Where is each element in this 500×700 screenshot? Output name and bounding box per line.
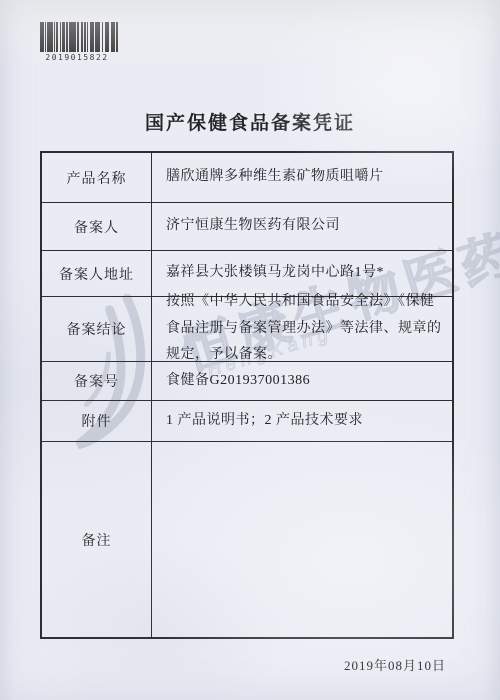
issue-date: 2019年08月10日 [344, 655, 446, 674]
row-label: 备案人 [42, 203, 152, 250]
table-row-filing-conclusion: 备案结论 按照《中华人民共和国食品安全法》《保健食品注册与备案管理办法》等法律、… [42, 296, 452, 361]
row-value: 食健备G201937001386 [152, 362, 452, 400]
certificate-title: 国产保健食品备案凭证 [0, 108, 500, 135]
barcode: 2019015822 [40, 22, 114, 62]
barcode-number: 2019015822 [40, 53, 114, 62]
row-value [152, 442, 452, 637]
table-row-registrant: 备案人 济宁恒康生物医药有限公司 [42, 202, 452, 250]
table-row-attachments: 附件 1 产品说明书；2 产品技术要求 [42, 400, 452, 441]
certificate-table: 产品名称 膳欣通牌多种维生素矿物质咀嚼片 备案人 济宁恒康生物医药有限公司 备案… [40, 151, 454, 639]
row-value: 济宁恒康生物医药有限公司 [152, 203, 452, 250]
row-label: 备案结论 [42, 297, 152, 361]
row-value: 膳欣通牌多种维生素矿物质咀嚼片 [152, 153, 452, 202]
row-label: 备案号 [42, 362, 152, 400]
table-row-product-name: 产品名称 膳欣通牌多种维生素矿物质咀嚼片 [42, 153, 452, 202]
row-label: 备案人地址 [42, 251, 152, 296]
row-label: 附件 [42, 401, 152, 441]
row-value: 按照《中华人民共和国食品安全法》《保健食品注册与备案管理办法》等法律、规章的规定… [152, 297, 452, 361]
table-row-filing-number: 备案号 食健备G201937001386 [42, 361, 452, 400]
row-label: 产品名称 [42, 153, 152, 202]
row-label: 备注 [42, 442, 152, 637]
barcode-bars-icon [40, 22, 118, 52]
row-value: 1 产品说明书；2 产品技术要求 [152, 401, 452, 441]
table-row-remarks: 备注 [42, 441, 452, 637]
